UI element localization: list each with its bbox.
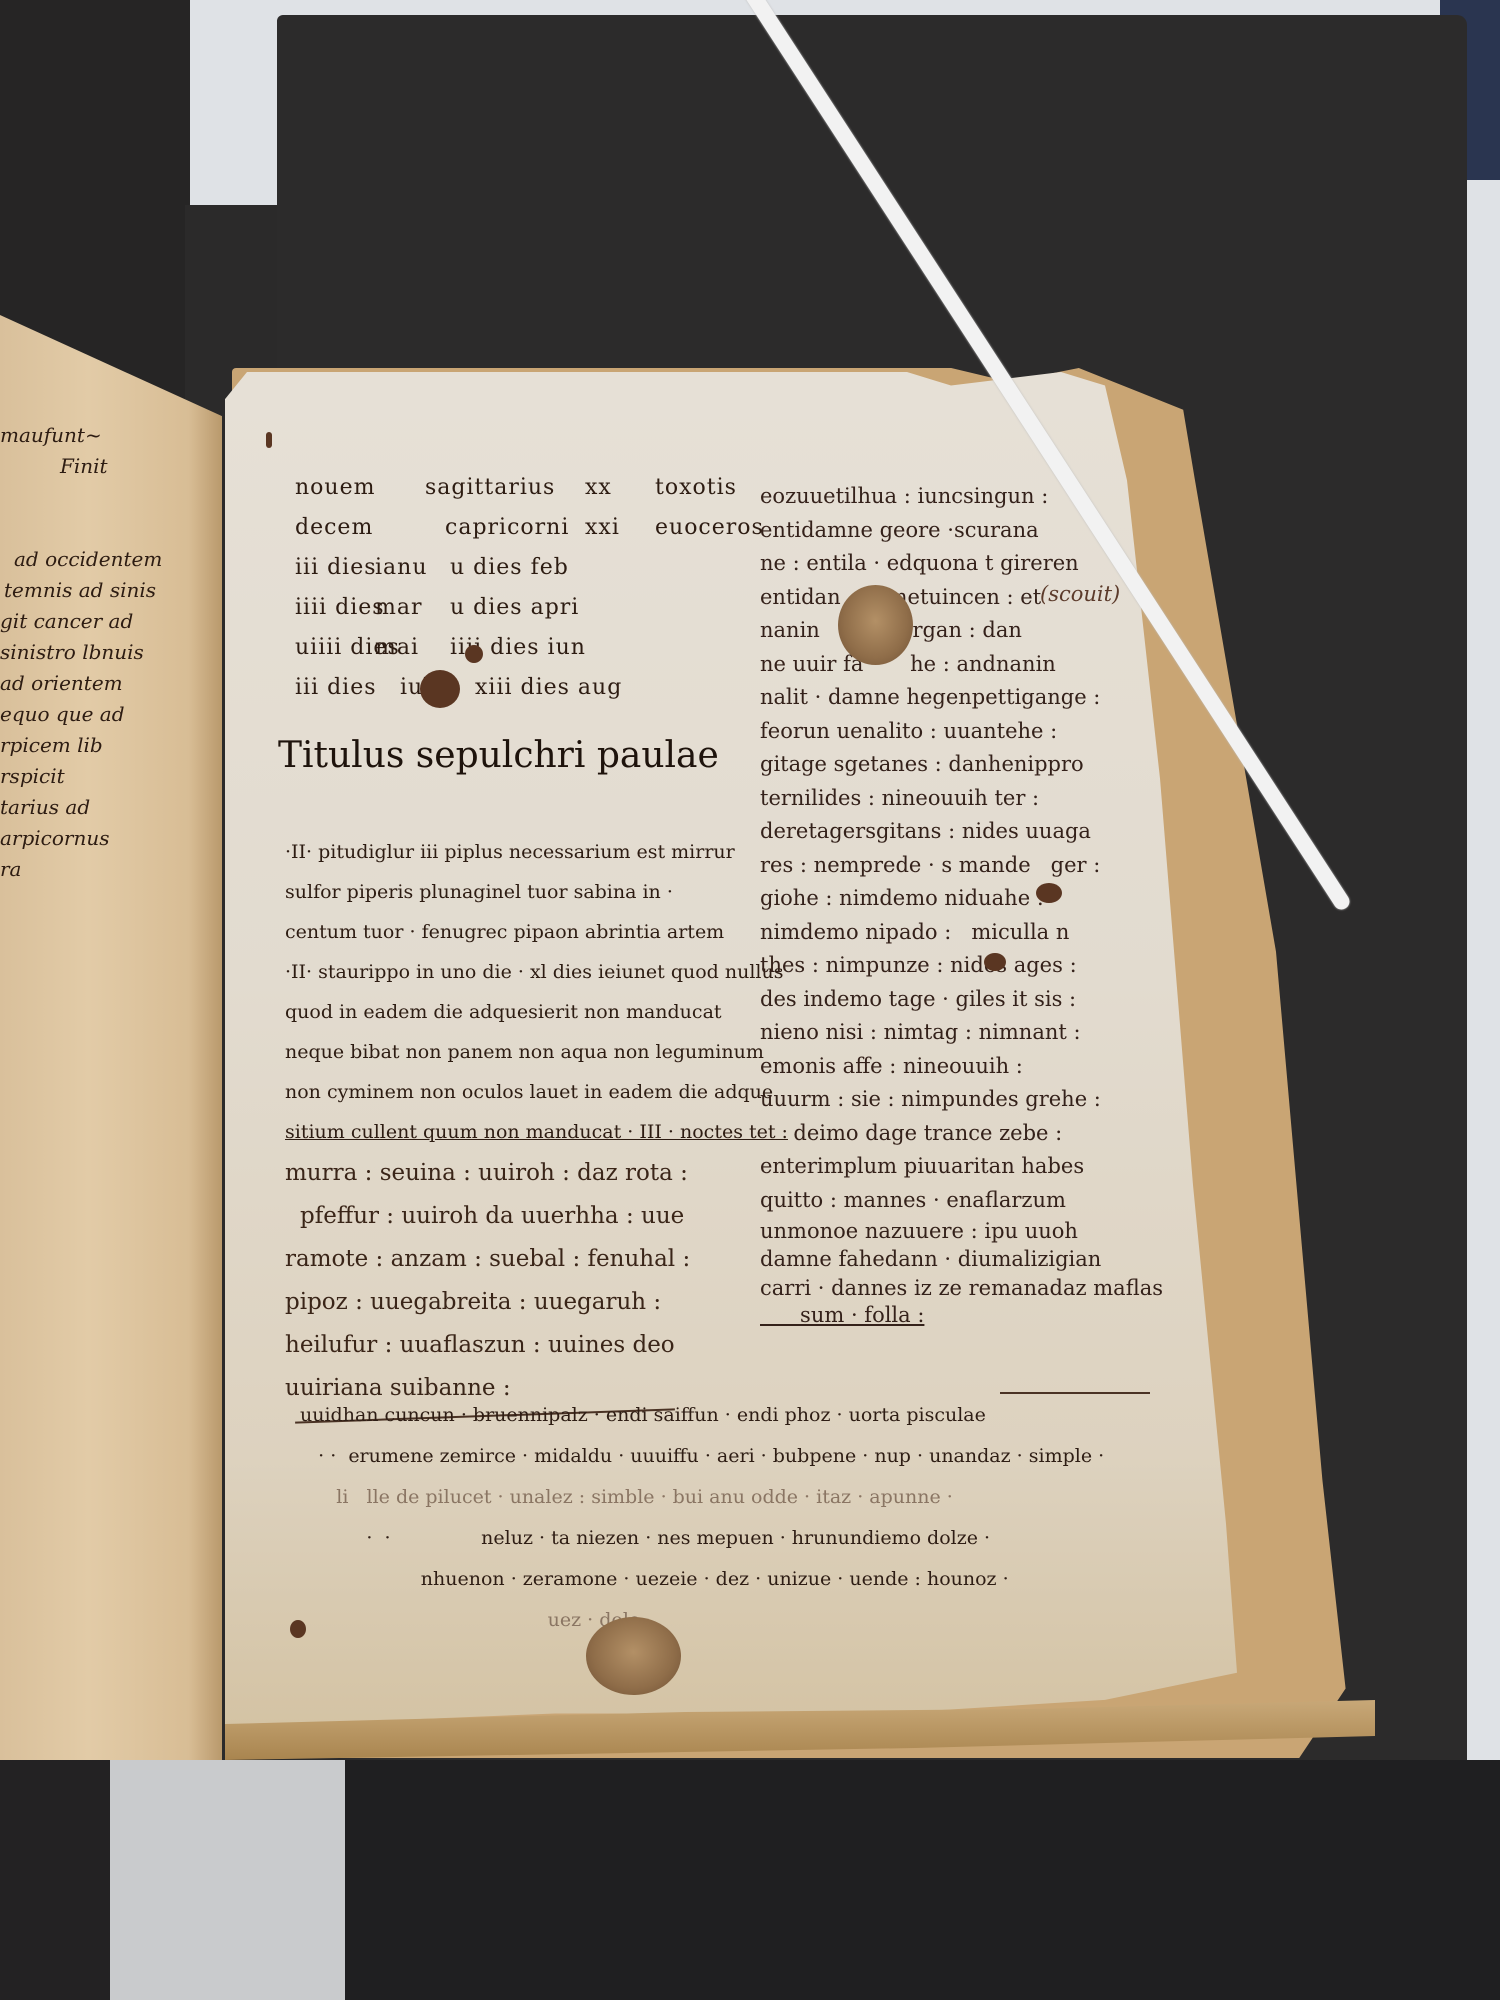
verso-line: git cancer ad	[0, 606, 200, 637]
ink-stain	[290, 1620, 306, 1638]
calendar-table: nouem sagittarius xx toxotis decem capri…	[295, 468, 764, 708]
calendar-row: nouem sagittarius xx toxotis	[295, 468, 764, 508]
verso-line: tarius ad	[0, 792, 200, 823]
gloss-line: feorun uenalito : uuantehe :	[760, 715, 1163, 749]
verso-line: Finit	[0, 451, 200, 482]
calendar-cell: iiii dies	[295, 588, 375, 628]
calendar-cell: iii dies	[295, 668, 375, 708]
bottom-line: uez · dole	[300, 1600, 1104, 1641]
gloss-line: ne : entila · edquona t gireren	[760, 547, 1163, 581]
gloss-line: uuurm : sie : nimpundes grehe :	[760, 1083, 1163, 1117]
gloss-line: murra : seuina : uuiroh : daz rota :	[285, 1152, 788, 1195]
verso-line: equo que ad	[0, 699, 200, 730]
gloss-line: emonis affe : nineouuih :	[760, 1050, 1163, 1084]
gloss-line: des indemo tage · giles it sis :	[760, 983, 1163, 1017]
parchment-hole-lower	[586, 1617, 681, 1695]
calendar-cell: xx	[585, 468, 655, 508]
verso-line: sinistro lbnuis	[0, 637, 200, 668]
bottom-line: nhuenon · zeramone · uezeie · dez · uniz…	[300, 1559, 1104, 1600]
verso-line: ra	[0, 854, 200, 885]
calendar-cell: nouem	[295, 468, 425, 508]
gloss-line: heilufur : uuaflaszun : uuines deo	[285, 1324, 788, 1367]
ink-mark	[266, 432, 272, 448]
foam-support-bottom	[345, 1760, 1500, 2000]
calendar-row: iii dies ianu u dies feb	[295, 548, 764, 588]
gloss-line: thes : nimpunze : nides ages :	[760, 949, 1163, 983]
calendar-cell: u dies apri	[450, 588, 579, 628]
gloss-line: pfeffur : uuiroh da uuerhha : uue	[285, 1195, 788, 1238]
calendar-cell: decem	[295, 508, 425, 548]
calendar-row: iiii dies mar u dies apri	[295, 588, 764, 628]
calendar-cell: u dies feb	[450, 548, 569, 588]
bottom-line: li lle de pilucet · unalez : simble · bu…	[300, 1477, 1104, 1518]
calendar-cell: uiiii dies	[295, 628, 375, 668]
ink-stain	[1036, 883, 1062, 903]
verso-line: maufunt~	[0, 420, 200, 451]
gloss-line: nanin morgan : dan	[760, 614, 1163, 648]
bottom-line: uuidhan cuncun · bruennipalz · endi saif…	[300, 1395, 1104, 1436]
left-column: ·II· pitudiglur iii piplus necessarium e…	[285, 832, 788, 1410]
gloss-line: carri · dannes iz ze remanadaz maflas	[760, 1273, 1163, 1303]
calendar-row: iii dies iul xiii dies aug	[295, 668, 764, 708]
bottom-line: · · neluz · ta niezen · nes mepuen · hru…	[300, 1518, 1104, 1559]
latin-line: ·II· pitudiglur iii piplus necessarium e…	[285, 832, 788, 872]
latin-line: non cyminem non oculos lauet in eadem di…	[285, 1072, 788, 1112]
ruled-line	[1000, 1392, 1150, 1394]
gloss-line: unmonoe nazuuere : ipu uuoh	[760, 1217, 1163, 1245]
latin-line: quod in eadem die adquesierit non manduc…	[285, 992, 788, 1032]
calendar-cell: capricorni	[425, 508, 585, 548]
calendar-cell: iii dies	[295, 548, 375, 588]
verso-line: ad orientem	[0, 668, 200, 699]
gloss-line: ternilides : nineouuih ter :	[760, 782, 1163, 816]
verso-line	[0, 513, 200, 544]
calendar-cell: xiii dies aug	[475, 668, 622, 708]
verso-line: rpicem lib	[0, 730, 200, 761]
calendar-cell: toxotis	[655, 468, 737, 508]
bottom-gloss-block: uuidhan cuncun · bruennipalz · endi saif…	[300, 1395, 1104, 1641]
verso-line	[0, 482, 200, 513]
rubric-heading: Titulus sepulchri paulae	[278, 735, 719, 776]
gloss-line: giohe : nimdemo niduahe :	[760, 882, 1163, 916]
ink-stain	[420, 670, 460, 708]
gloss-line: pipoz : uuegabreita : uuegaruh :	[285, 1281, 788, 1324]
gloss-line: res : nemprede · s mande ger :	[760, 849, 1163, 883]
parchment-hole-upper	[838, 585, 913, 665]
table-gap	[110, 1760, 345, 2000]
gloss-line: ne uuir fa he : andnanin	[760, 648, 1163, 682]
verso-line: arpicornus	[0, 823, 200, 854]
verso-line: ad occidentem	[0, 544, 200, 575]
gloss-line: quitto : mannes · enaflarzum	[760, 1184, 1163, 1218]
gloss-line: deretagersgitans : nides uuaga	[760, 815, 1163, 849]
latin-line: neque bibat non panem non aqua non legum…	[285, 1032, 788, 1072]
right-column: eozuuetilhua : iuncsingun : entidamne ge…	[760, 480, 1163, 1327]
gloss-line: ramote : anzam : suebal : fenuhal :	[285, 1238, 788, 1281]
calendar-cell: mar	[375, 588, 450, 628]
calendar-row: uiiii dies mai iiii dies iun	[295, 628, 764, 668]
latin-line: sulfor piperis plunaginel tuor sabina in…	[285, 872, 788, 912]
calendar-cell: sagittarius	[425, 468, 585, 508]
gloss-line: nimdemo nipado : miculla n	[760, 916, 1163, 950]
gloss-line: deimo dage trance zebe :	[760, 1117, 1163, 1151]
verso-line: temnis ad sinis	[0, 575, 200, 606]
ink-stain	[984, 953, 1006, 971]
latin-line: centum tuor · fenugrec pipaon abrintia a…	[285, 912, 788, 952]
latin-line: ·II· staurippo in uno die · xl dies ieiu…	[285, 952, 788, 992]
calendar-cell: ianu	[375, 548, 450, 588]
ink-stain	[465, 645, 483, 663]
gloss-line: eozuuetilhua : iuncsingun :	[760, 480, 1163, 514]
gloss-line: nieno nisi : nimtag : nimnant :	[760, 1016, 1163, 1050]
calendar-row: decem capricorni xxi euoceros	[295, 508, 764, 548]
gloss-line: gitage sgetanes : danhenippro	[760, 748, 1163, 782]
calendar-cell: mai	[375, 628, 450, 668]
bottom-line: · · erumene zemirce · midaldu · uuuiffu …	[300, 1436, 1104, 1477]
foam-support-bottom-left	[0, 1760, 112, 2000]
gloss-line: sum · folla :	[760, 1303, 1163, 1327]
verso-text: maufunt~ Finit ad occidentem temnis ad s…	[0, 420, 200, 885]
calendar-cell: xxi	[585, 508, 655, 548]
gloss-line: enterimplum piuuaritan habes	[760, 1150, 1163, 1184]
latin-line: sitium cullent quum non manducat · III ·…	[285, 1112, 788, 1152]
calendar-cell: euoceros	[655, 508, 764, 548]
verso-line: rspicit	[0, 761, 200, 792]
margin-note: (scouit)	[1040, 582, 1120, 606]
gloss-line: nalit · damne hegenpettigange :	[760, 681, 1163, 715]
gloss-line: damne fahedann · diumalizigian	[760, 1245, 1163, 1273]
